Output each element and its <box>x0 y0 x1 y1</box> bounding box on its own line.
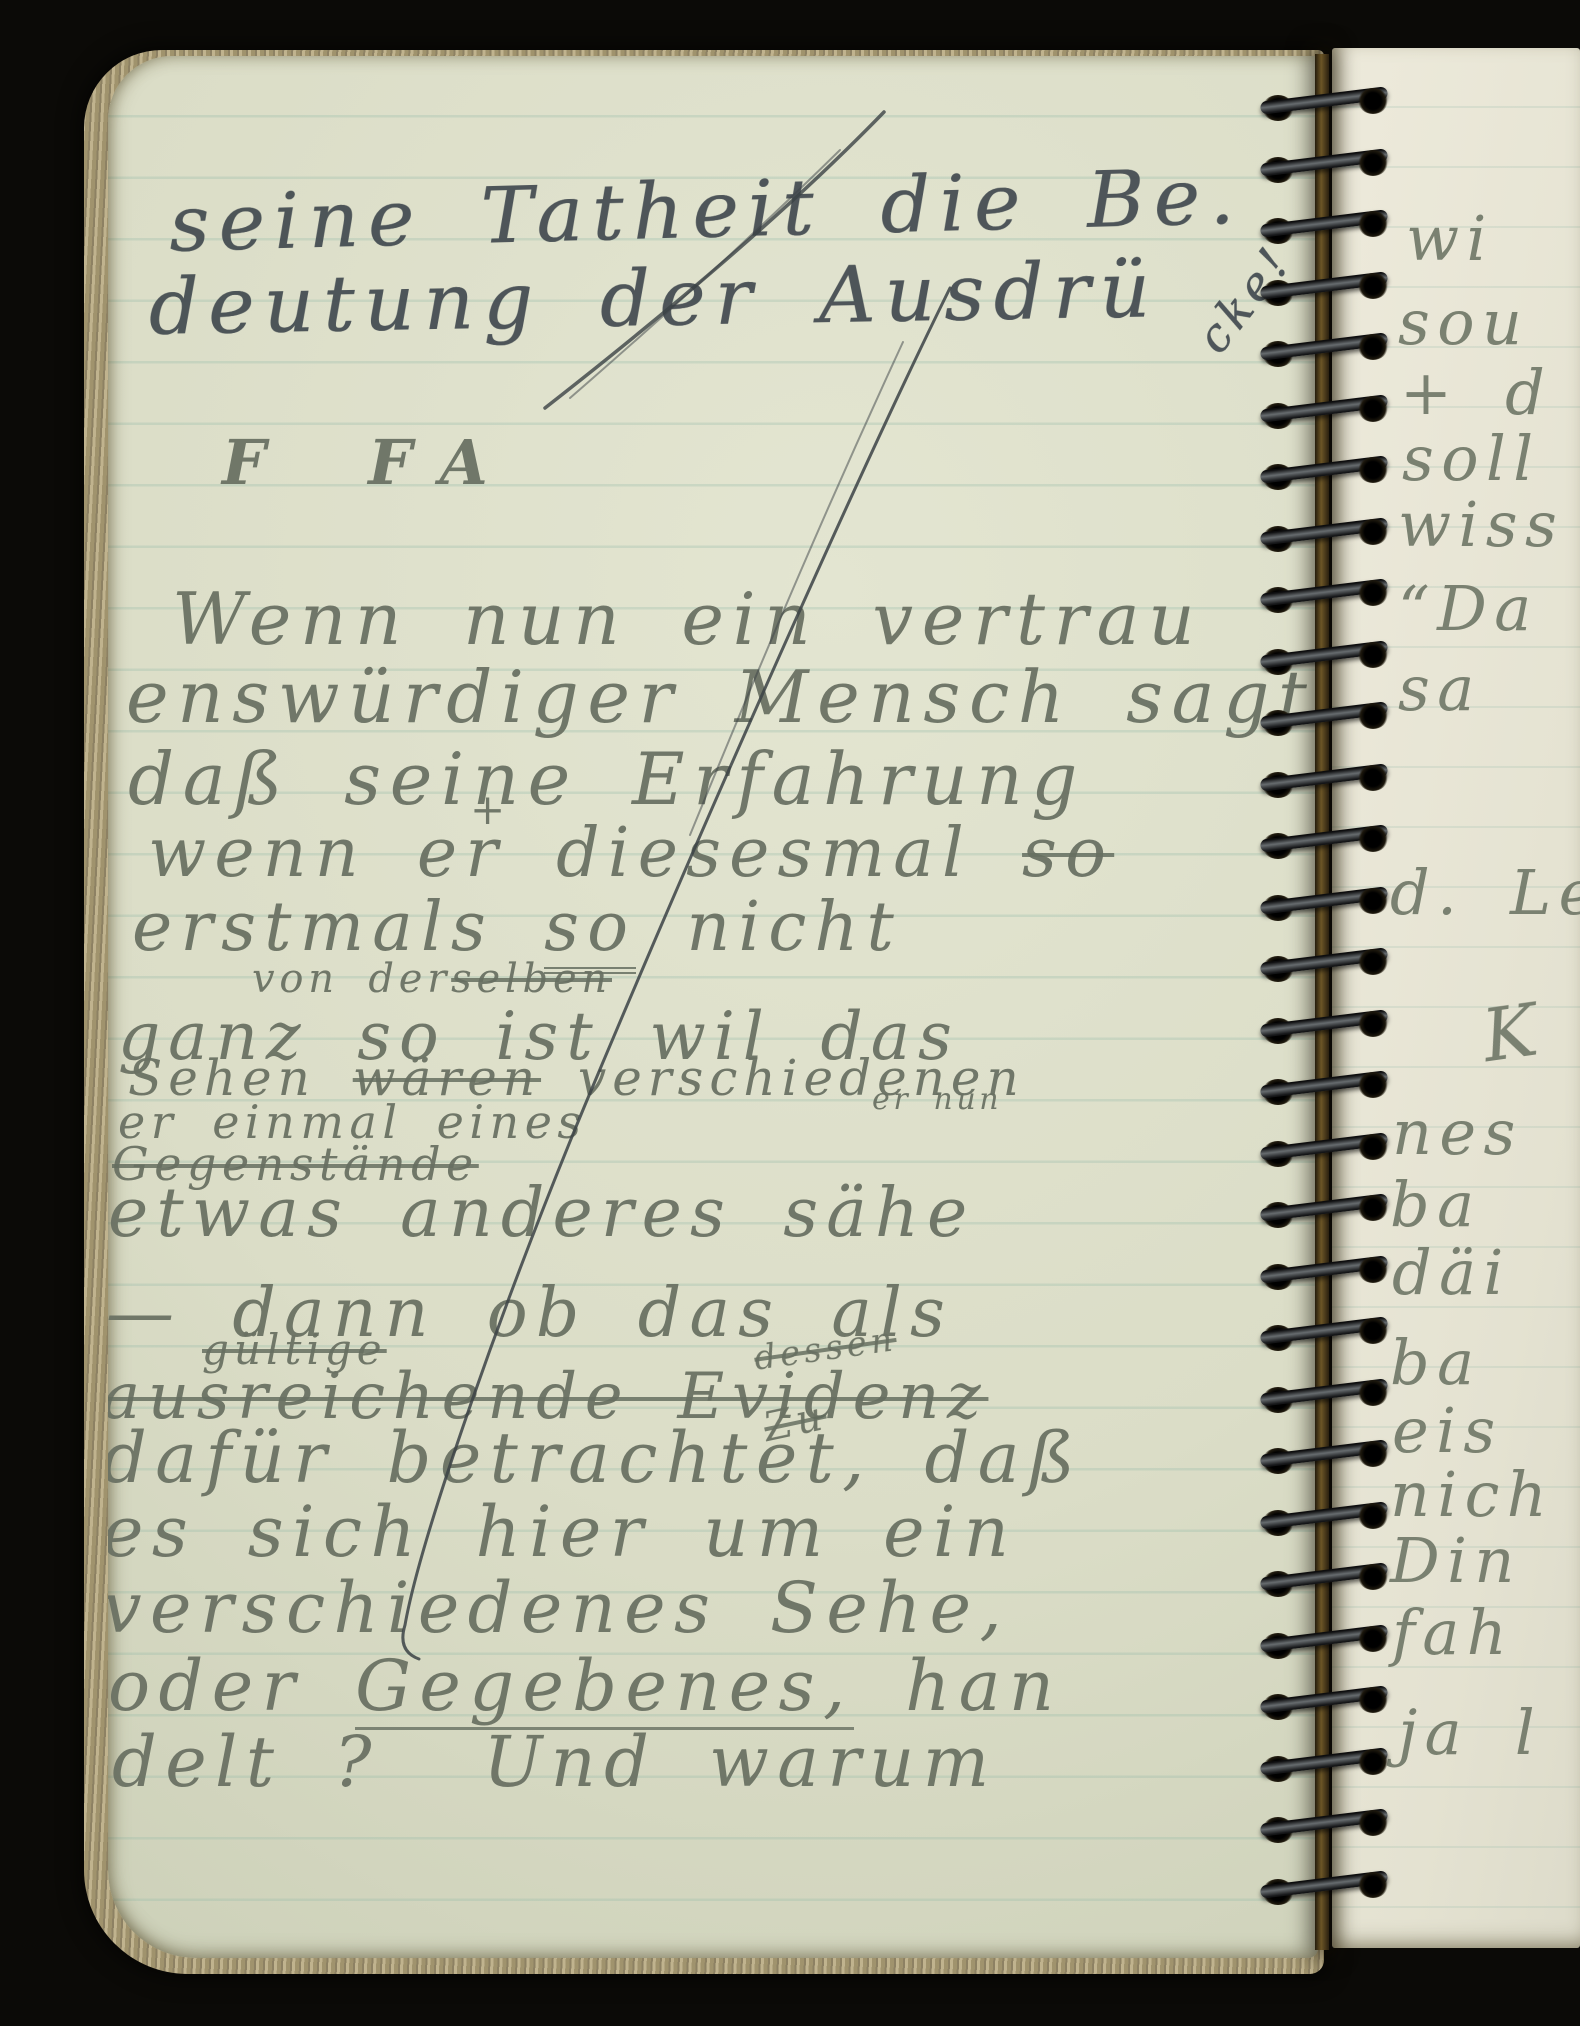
handwriting-text: so <box>1022 814 1114 893</box>
handwriting-text: dafür betrachtet, daß <box>108 1417 1083 1499</box>
spiral-coil <box>1256 1624 1396 1660</box>
handwriting-text: selben <box>451 956 612 1002</box>
handwriting-fragment: däi <box>1392 1240 1511 1305</box>
spiral-coil <box>1256 1747 1396 1783</box>
spiral-coil <box>1256 1439 1396 1475</box>
coil-hole-right <box>1358 1318 1388 1344</box>
coil-hole-right <box>1358 1564 1388 1590</box>
handwriting-text: er nun <box>872 1082 1002 1117</box>
handwriting-fragment: Din <box>1390 1528 1522 1593</box>
coil-hole-right <box>1358 703 1388 729</box>
handwriting-fragment: wiss <box>1398 492 1564 557</box>
handwriting-line: wenn er diesesmal so <box>148 818 1114 889</box>
coil-hole-right <box>1358 1134 1388 1160</box>
notebook-photo: seine Tatheit die Be.deutung der Ausdrüc… <box>0 0 1580 2026</box>
coil-hole-right <box>1358 1626 1388 1652</box>
handwriting-fragment: ja l <box>1398 1700 1542 1765</box>
handwriting-line: F FA <box>222 430 519 495</box>
spiral-coil <box>1256 1193 1396 1229</box>
spiral-coil <box>1256 763 1396 799</box>
coil-hole-right <box>1358 1011 1388 1037</box>
handwriting-text: Gegebenes, <box>355 1645 854 1730</box>
spiral-coil <box>1256 1255 1396 1291</box>
coil-hole-right <box>1358 1257 1388 1283</box>
handwriting-line: enswürdiger Mensch sagt, <box>126 660 1318 736</box>
spiral-coil <box>1256 640 1396 676</box>
spiral-coil <box>1256 394 1396 430</box>
coil-hole-right <box>1358 949 1388 975</box>
spiral-coil <box>1256 578 1396 614</box>
spiral-coil <box>1256 1378 1396 1414</box>
coil-hole-right <box>1358 765 1388 791</box>
coil-hole-right <box>1358 1380 1388 1406</box>
spiral-coil <box>1256 947 1396 983</box>
coil-hole-right <box>1358 580 1388 606</box>
coil-hole-right <box>1358 642 1388 668</box>
handwriting-line: von derselben <box>252 958 612 1000</box>
coil-hole-right <box>1358 1872 1388 1898</box>
handwriting-fragment: eis <box>1392 1398 1503 1463</box>
handwriting-text: enswürdiger Mensch sagt, <box>126 655 1318 739</box>
handwriting-line: erstmals so nicht <box>132 892 902 963</box>
handwriting-text: verschiedenes Sehe, <box>108 1567 1010 1649</box>
handwriting-line: etwas anderes sähe <box>108 1178 975 1249</box>
handwriting-fragment: soll <box>1402 426 1541 491</box>
handwriting-text: von der <box>252 956 451 1002</box>
handwriting-fragment: K <box>1478 991 1550 1075</box>
spiral-coil <box>1256 86 1396 122</box>
handwriting-fragment: ba <box>1390 1172 1482 1237</box>
spiral-coil <box>1256 1316 1396 1352</box>
handwriting-fragment: sou <box>1398 290 1529 355</box>
handwriting-line: deutung der Ausdrü <box>148 250 1160 350</box>
left-page: seine Tatheit die Be.deutung der Ausdrüc… <box>108 56 1318 1958</box>
handwriting-text: delt ? Und warum <box>112 1721 998 1803</box>
coil-hole-right <box>1358 150 1388 176</box>
handwriting-text: han <box>854 1645 1063 1727</box>
handwriting-fragment: sa <box>1398 656 1482 721</box>
coil-hole-right <box>1358 396 1388 422</box>
handwriting-text: etwas anderes sähe <box>108 1174 975 1253</box>
handwriting-fragment: ba <box>1390 1330 1482 1395</box>
handwriting-fragment: wi <box>1406 206 1494 271</box>
spiral-coil <box>1256 1808 1396 1844</box>
handwriting-line: daß seine Erfahrung <box>128 742 1086 818</box>
coil-hole-right <box>1358 334 1388 360</box>
handwriting-text: es sich hier um ein <box>108 1491 1017 1573</box>
spiral-coil <box>1256 209 1396 245</box>
spiral-coil <box>1256 332 1396 368</box>
coil-hole-right <box>1358 1195 1388 1221</box>
spiral-coil <box>1256 1562 1396 1598</box>
handwriting-text: wenn er diesesmal <box>148 814 1022 893</box>
handwriting-line: es sich hier um ein <box>108 1496 1017 1570</box>
spiral-coil <box>1256 824 1396 860</box>
coil-hole-right <box>1358 888 1388 914</box>
coil-hole-right <box>1358 211 1388 237</box>
handwriting-fragment: nich <box>1390 1462 1554 1527</box>
coil-hole-right <box>1358 273 1388 299</box>
handwriting-fragment: “Da <box>1398 576 1539 641</box>
spiral-coil <box>1256 271 1396 307</box>
spiral-coil <box>1256 148 1396 184</box>
spiral-coil <box>1256 1132 1396 1168</box>
handwriting-fragment: fah <box>1392 1600 1514 1665</box>
spiral-coil <box>1256 455 1396 491</box>
handwriting-fragment: + d <box>1400 360 1552 425</box>
coil-hole-right <box>1358 1072 1388 1098</box>
spiral-coil <box>1256 1070 1396 1106</box>
coil-hole-right <box>1358 1503 1388 1529</box>
coil-hole-right <box>1358 1749 1388 1775</box>
spiral-coil <box>1256 886 1396 922</box>
handwriting-text: deutung der Ausdrü <box>148 245 1160 353</box>
handwriting-line: er nun <box>872 1084 1002 1116</box>
handwriting-line: delt ? Und warum <box>112 1726 998 1800</box>
spiral-coil <box>1256 517 1396 553</box>
handwriting-text: oder <box>108 1645 355 1727</box>
coil-hole-right <box>1358 88 1388 114</box>
coil-hole-right <box>1358 457 1388 483</box>
coil-hole-right <box>1358 1687 1388 1713</box>
handwriting-text: daß seine Erfahrung <box>128 737 1086 821</box>
handwriting-text: F FA <box>222 426 519 499</box>
spiral-coil <box>1256 1501 1396 1537</box>
handwriting-line: Wenn nun ein vertrau <box>172 582 1203 658</box>
handwriting-line: dafür betrachtet, daß <box>108 1422 1083 1496</box>
coil-hole-right <box>1358 1441 1388 1467</box>
coil-hole-right <box>1358 1810 1388 1836</box>
spiral-coil <box>1256 701 1396 737</box>
spiral-coil <box>1256 1009 1396 1045</box>
handwriting-fragment: d. Le <box>1390 860 1580 925</box>
handwriting-line: verschiedenes Sehe, <box>108 1572 1010 1646</box>
handwriting-text: nicht <box>636 888 902 967</box>
handwriting-line: oder Gegebenes, han <box>108 1650 1062 1724</box>
spiral-coil <box>1256 1685 1396 1721</box>
coil-hole-right <box>1358 519 1388 545</box>
spiral-coil <box>1256 1870 1396 1906</box>
handwriting-fragment: nes <box>1392 1100 1523 1165</box>
coil-hole-right <box>1358 826 1388 852</box>
handwriting-text: Wenn nun ein vertrau <box>172 577 1203 661</box>
